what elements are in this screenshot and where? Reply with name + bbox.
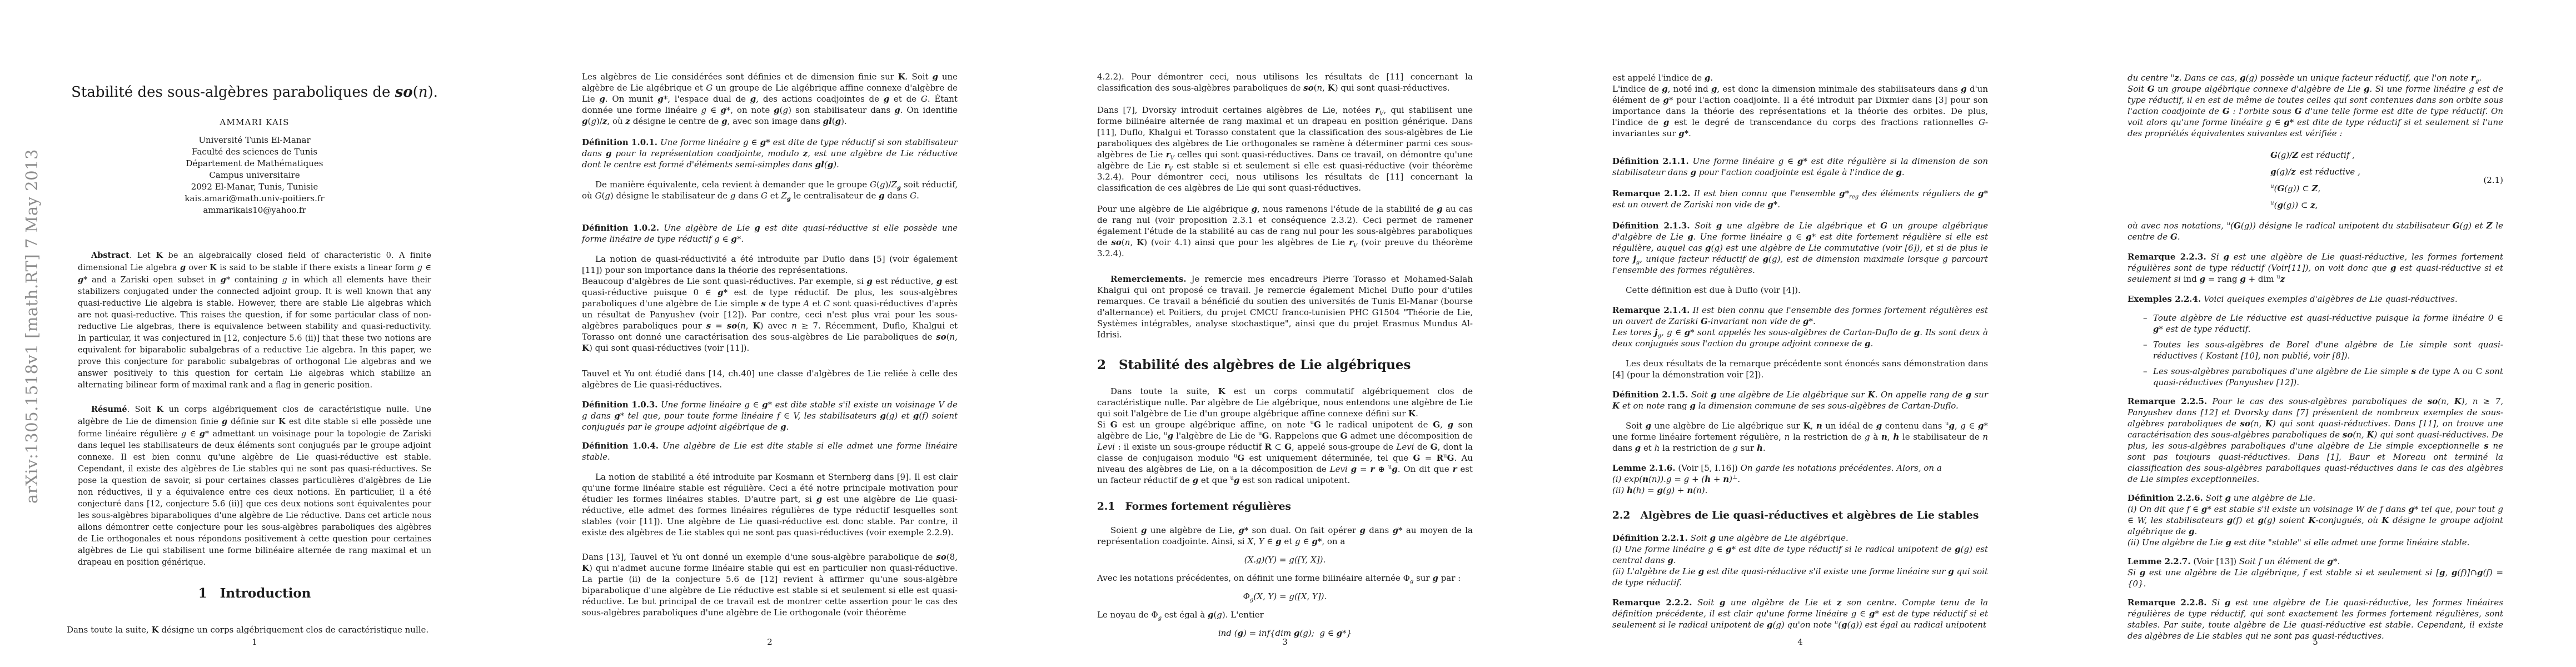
page-content: Les algèbres de Lie considérées sont déf…	[582, 0, 958, 618]
paper-title: Stabilité des sous-algèbres paraboliques…	[67, 83, 442, 101]
page-1: arXiv:1305.1518v1 [math.RT] 7 May 2013St…	[0, 0, 515, 667]
paragraph: Soient g une algèbre de Lie, g* son dual…	[1097, 525, 1473, 547]
definition-2-1-1: Définition 2.1.1. Une forme linéaire g ∈…	[1612, 156, 1988, 178]
address-line: Université Tunis El-Manar	[67, 135, 442, 146]
paragraph: Dans [13], Tauvel et Yu ont donné un exe…	[582, 551, 958, 618]
page-content: est appelé l'indice de g.L'indice de g, …	[1612, 0, 1988, 630]
paragraph: Cette définition est due à Duflo (voir […	[1612, 285, 1988, 296]
paragraph: La notion de stabilité a été introduite …	[582, 471, 958, 538]
equation-bilinear-form: Φg(X, Y) = g([X, Y]).	[1097, 590, 1473, 603]
subsection-2-2: 2.2 Algèbres de Lie quasi-réductives et …	[1612, 509, 1988, 522]
page-content: 4.2.2). Pour démontrer ceci, nous utilis…	[1097, 0, 1473, 639]
definition-1-0-2: Définition 1.0.2. Une algèbre de Lie g e…	[582, 222, 958, 245]
remark-2-2-3: Remarque 2.2.3. Si g est une algèbre de …	[2127, 251, 2503, 285]
equation-lines: G(g)/Z est réductif ,g(g)/z est réductiv…	[2270, 147, 2360, 213]
paragraph: Tauvel et Yu ont étudié dans [14, ch.40]…	[582, 368, 958, 390]
remark-2-1-2: Remarque 2.1.2. Il est bien connu que l'…	[1612, 188, 1988, 210]
remark-2-2-5: Remarque 2.2.5. Pour le cas des sous-alg…	[2127, 396, 2503, 485]
address-line: ammarikais10@yahoo.fr	[67, 205, 442, 216]
paragraph: La notion de quasi-réductivité a été int…	[582, 253, 958, 354]
page-number: 1	[67, 637, 442, 647]
lemma-2-1-6: Lemme 2.1.6. (Voir [5, I.16]) On garde l…	[1612, 462, 1988, 496]
page-number: 4	[1612, 637, 1988, 647]
page-content: Stabilité des sous-algèbres paraboliques…	[67, 0, 442, 635]
definition-1-0-4: Définition 1.0.4. Une algèbre de Lie est…	[582, 440, 958, 462]
page-content: du centre uz. Dans ce cas, g(g) possède …	[2127, 0, 2503, 641]
definition-1-0-3: Définition 1.0.3. Une forme linéaire g ∈…	[582, 399, 958, 432]
list-item: Les sous-algèbres paraboliques d'une alg…	[2153, 366, 2503, 388]
page-2: Les algèbres de Lie considérées sont déf…	[515, 0, 1030, 667]
definition-2-1-3: Définition 2.1.3. Soit g une algèbre de …	[1612, 220, 1988, 276]
page-number: 5	[2127, 637, 2503, 647]
address-line: Campus universitaire	[67, 170, 442, 181]
abstract: Abstract. Let K be an algebraically clos…	[67, 250, 442, 391]
address-line: kais.amari@math.univ-poitiers.fr	[67, 193, 442, 205]
paragraph: où avec nos notations, u(G(g)) désigne l…	[2127, 220, 2503, 242]
lemma-2-2-7: Lemme 2.2.7. (Voir [13]) Soit f un éléme…	[2127, 556, 2503, 589]
page-5: du centre uz. Dans ce cas, g(g) possède …	[2061, 0, 2576, 667]
page-number: 2	[582, 637, 958, 647]
equation-line: u(G(g)) ⊂ Z,	[2270, 180, 2360, 197]
address-line: Faculté des sciences de Tunis	[67, 146, 442, 158]
paragraph: Dans toute la suite, K est un corps comm…	[1097, 386, 1473, 486]
paragraph: Soit g une algèbre de Lie algébrique sur…	[1612, 420, 1988, 454]
arxiv-banner: arXiv:1305.1518v1 [math.RT] 7 May 2013	[22, 149, 41, 504]
acknowledgements: Remerciements. Je remercie mes encadreur…	[1097, 273, 1473, 340]
intro-paragraph: Dans toute la suite, K désigne un corps …	[67, 624, 442, 635]
list-item: Toutes les sous-algèbres de Borel d'une …	[2153, 339, 2503, 361]
remark-2-2-2: Remarque 2.2.2. Soit g une algèbre de Li…	[1612, 597, 1988, 630]
remark-2-1-4: Remarque 2.1.4. Il est bien connu que l'…	[1612, 305, 1988, 349]
resume: Résumé. Soit K un corps algébriquement c…	[67, 404, 442, 569]
address-line: 2092 El-Manar, Tunis, Tunisie	[67, 181, 442, 193]
section-2-stabilite: 2 Stabilité des algèbres de Lie algébriq…	[1097, 357, 1473, 374]
paragraph: De manière équivalente, cela revient à d…	[582, 179, 958, 201]
paragraph: du centre uz. Dans ce cas, g(g) possède …	[2127, 72, 2503, 139]
paragraph: Dans [7], Dvorsky introduit certaines al…	[1097, 104, 1473, 193]
paragraph: 4.2.2). Pour démontrer ceci, nous utilis…	[1097, 71, 1473, 93]
definition-2-2-1: Définition 2.2.1. Soit g une algèbre de …	[1612, 532, 1988, 588]
list-item: Toute algèbre de Lie réductive est quasi…	[2153, 312, 2503, 335]
page-number: 3	[1097, 637, 1473, 647]
definition-1-0-1: Définition 1.0.1. Une forme linéaire g ∈…	[582, 137, 958, 170]
paragraph: Avec les notations précédentes, on défin…	[1097, 573, 1473, 584]
definition-2-2-6: Définition 2.2.6. Soit g une algèbre de …	[2127, 492, 2503, 548]
equation-line: u(g(g)) ⊂ z,	[2270, 197, 2360, 213]
page-4: est appelé l'indice de g.L'indice de g, …	[1546, 0, 2061, 667]
subsection-2-1: 2.1 Formes fortement régulières	[1097, 500, 1473, 514]
equation-line: g(g)/z est réductive ,	[2270, 163, 2360, 180]
paragraph: Pour une algèbre de Lie algébrique g, no…	[1097, 203, 1473, 259]
page-3: 4.2.2). Pour démontrer ceci, nous utilis…	[1030, 0, 1546, 667]
paragraph: Le noyau de Φg est égal à g(g). L'entier	[1097, 609, 1473, 620]
definition-2-1-5: Définition 2.1.5. Soit g une algèbre de …	[1612, 389, 1988, 411]
equation-2-1: G(g)/Z est réductif ,g(g)/z est réductiv…	[2127, 147, 2503, 213]
examples-list: Toute algèbre de Lie réductive est quasi…	[2127, 312, 2503, 388]
examples-2-2-4: Exemples 2.2.4. Voici quelques exemples …	[2127, 293, 2503, 305]
equation-tag: (2.1)	[2483, 175, 2503, 185]
section-1-introduction: 1 Introduction	[67, 585, 442, 602]
equation-line: G(g)/Z est réductif ,	[2270, 147, 2360, 163]
author-address: Université Tunis El-ManarFaculté des sci…	[67, 135, 442, 216]
paper-pages: arXiv:1305.1518v1 [math.RT] 7 May 2013St…	[0, 0, 2576, 667]
remark-2-2-8: Remarque 2.2.8. Si g est une algèbre de …	[2127, 597, 2503, 641]
paragraph: Les algèbres de Lie considérées sont déf…	[582, 71, 958, 127]
paragraph: Les deux résultats de la remarque précéd…	[1612, 358, 1988, 380]
author-name: AMMARI KAIS	[67, 117, 442, 128]
equation-coadjoint: (X.g)(Y) = g([Y, X]).	[1097, 554, 1473, 566]
address-line: Département de Mathématiques	[67, 158, 442, 170]
paragraph: est appelé l'indice de g.L'indice de g, …	[1612, 72, 1988, 139]
